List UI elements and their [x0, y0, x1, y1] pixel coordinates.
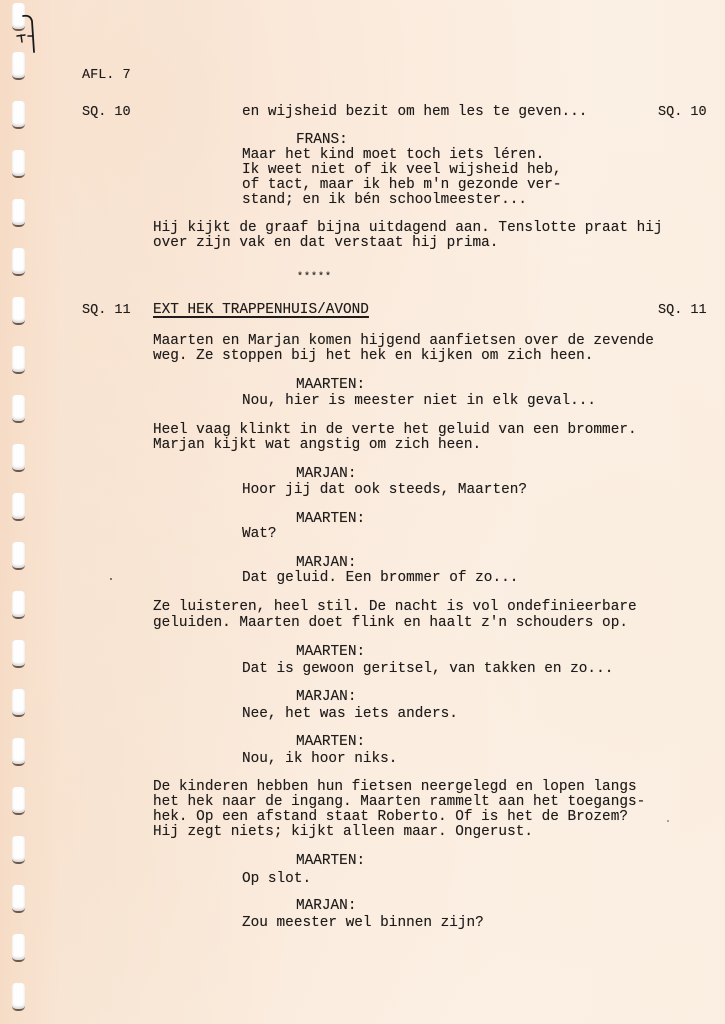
action-line: Heel vaag klinkt in de verte het geluid … — [153, 423, 637, 438]
episode-label: AFL. 7 — [82, 68, 131, 83]
punch-hole — [12, 689, 25, 717]
punch-hole — [12, 787, 25, 815]
character-name: MAARTEN: — [296, 735, 365, 750]
character-name: MAARTEN: — [296, 378, 365, 393]
character-name: MAARTEN: — [296, 512, 365, 527]
punch-hole — [12, 738, 25, 766]
character-name: MARJAN: — [296, 556, 356, 571]
dialogue-line: stand; en ik bén schoolmeester... — [242, 193, 527, 208]
dialogue-line: Op slot. — [242, 872, 311, 887]
scene-number-left: SQ. 10 — [82, 105, 131, 120]
punch-hole — [12, 395, 25, 423]
scene-number-right: SQ. 10 — [658, 105, 707, 120]
dialogue-line: Wat? — [242, 527, 277, 542]
character-name: MARJAN: — [296, 899, 356, 914]
punch-hole — [12, 934, 25, 962]
dialogue-line: en wijsheid bezit om hem les te geven... — [242, 105, 587, 120]
character-name: FRANS: — [296, 133, 348, 148]
dialogue-line: Maar het kind moet toch iets léren. — [242, 148, 544, 163]
punch-hole — [12, 101, 25, 129]
action-line: Maarten en Marjan komen hijgend aanfiets… — [153, 334, 654, 349]
dialogue-line: Nou, ik hoor niks. — [242, 752, 397, 767]
punch-hole — [12, 493, 25, 521]
character-name: MARJAN: — [296, 690, 356, 705]
dialogue-line: Ik weet niet of ik veel wijsheid heb, — [242, 163, 562, 178]
action-line: Hij kijkt de graaf bijna uitdagend aan. … — [153, 221, 663, 236]
scene-number-left: SQ. 11 — [82, 303, 131, 318]
punch-hole — [12, 640, 25, 668]
character-name: MAARTEN: — [296, 854, 365, 869]
scene-heading: EXT HEK TRAPPENHUIS/AVOND — [153, 303, 369, 318]
dialogue-line: Dat is gewoon geritsel, van takken en zo… — [242, 662, 613, 677]
binder-punch-holes — [0, 0, 40, 1024]
action-line: weg. Ze stoppen bij het hek en kijken om… — [153, 349, 593, 364]
scene-separator: ***** — [297, 270, 332, 285]
dialogue-line: Nee, het was iets anders. — [242, 707, 458, 722]
punch-hole — [12, 983, 25, 1011]
punch-hole — [12, 346, 25, 374]
action-line: over zijn vak en dat verstaat hij prima. — [153, 236, 498, 251]
character-name: MAARTEN: — [296, 645, 365, 660]
handwritten-page-number — [14, 12, 44, 57]
punch-hole — [12, 199, 25, 227]
dialogue-line: Zou meester wel binnen zijn? — [242, 916, 484, 931]
punch-hole — [12, 591, 25, 619]
scene-number-right: SQ. 11 — [658, 303, 707, 318]
action-line: geluiden. Maarten doet flink en haalt z'… — [153, 616, 628, 631]
dialogue-line: Dat geluid. Een brommer of zo... — [242, 571, 518, 586]
punch-hole — [12, 297, 25, 325]
action-line: De kinderen hebben hun fietsen neergeleg… — [153, 780, 637, 795]
punch-hole — [12, 885, 25, 913]
action-line: hek. Op een afstand staat Roberto. Of is… — [153, 810, 628, 825]
punch-hole — [12, 150, 25, 178]
character-name: MARJAN: — [296, 467, 356, 482]
action-line: Ze luisteren, heel stil. De nacht is vol… — [153, 600, 637, 615]
punch-hole — [12, 444, 25, 472]
punch-hole — [12, 248, 25, 276]
punch-hole — [12, 542, 25, 570]
action-line: het hek naar de ingang. Maarten rammelt … — [153, 795, 645, 810]
action-line: Marjan kijkt wat angstig om zich heen. — [153, 438, 481, 453]
dialogue-line: Nou, hier is meester niet in elk geval..… — [242, 394, 596, 409]
paper-speck — [667, 820, 669, 822]
dialogue-line: of tact, maar ik heb m'n gezonde ver- — [242, 178, 562, 193]
punch-hole — [12, 836, 25, 864]
action-line: Hij zegt niets; kijkt alleen maar. Onger… — [153, 825, 533, 840]
dialogue-line: Hoor jij dat ook steeds, Maarten? — [242, 483, 527, 498]
paper-speck — [110, 578, 112, 580]
